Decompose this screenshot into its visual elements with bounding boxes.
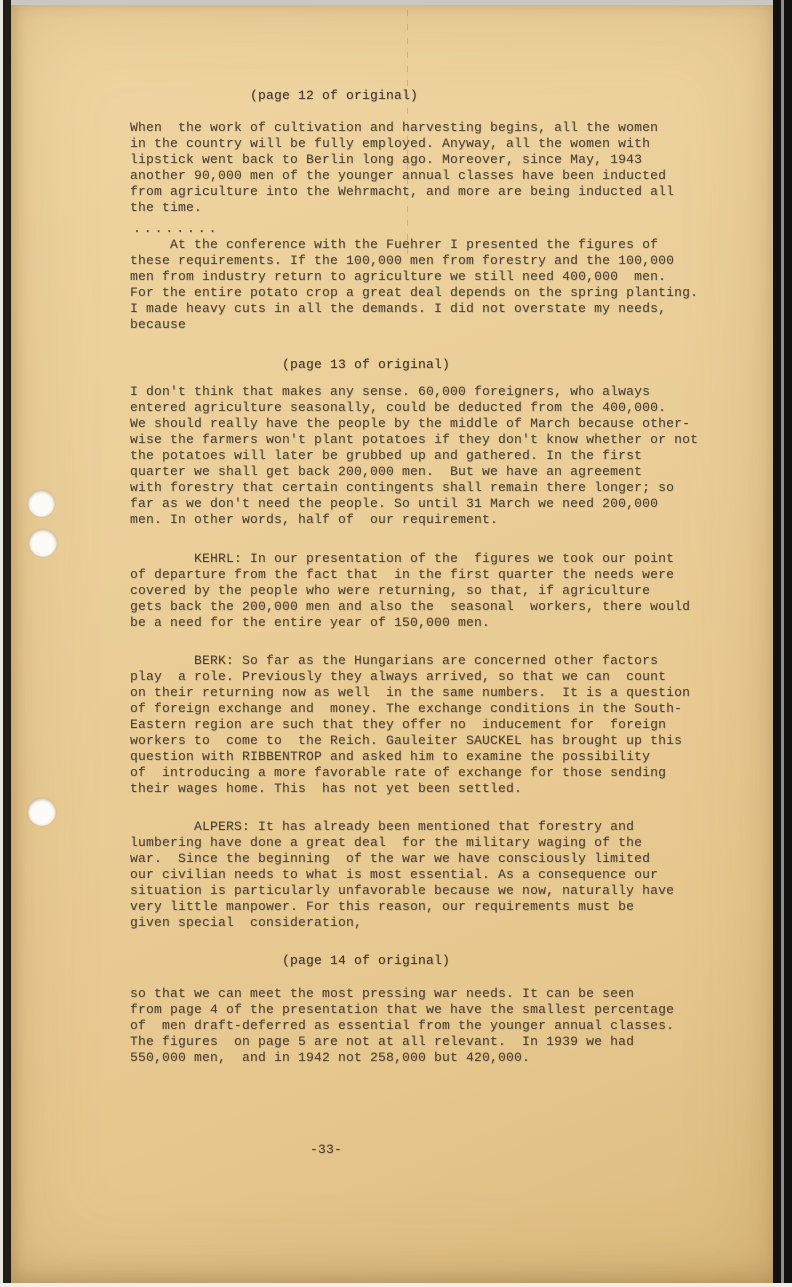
paragraph-alpers-statement: ALPERS: It has already been mentioned th… xyxy=(130,819,742,931)
scan-edge-left-shadow xyxy=(3,0,11,1287)
page-14-header: (page 14 of original) xyxy=(282,953,450,969)
paragraph-cultivation: When the work of cultivation and harvest… xyxy=(130,120,742,216)
scan-edge-right-line xyxy=(781,0,784,1287)
punch-hole-1 xyxy=(28,490,55,517)
page-13-header: (page 13 of original) xyxy=(282,357,450,373)
paragraph-objection: I don't think that makes any sense. 60,0… xyxy=(130,384,742,528)
punch-hole-3 xyxy=(28,798,56,826)
paragraph-kehrl-statement: KEHRL: In our presentation of the figure… xyxy=(130,551,742,631)
page-12-header: (page 12 of original) xyxy=(250,88,418,104)
punch-hole-2 xyxy=(29,529,57,557)
page-number: -33- xyxy=(310,1142,342,1158)
scan-edge-bottom xyxy=(0,1283,792,1287)
scanned-document-page: (page 12 of original) When the work of c… xyxy=(0,0,792,1287)
paragraph-war-needs: so that we can meet the most pressing wa… xyxy=(130,986,742,1066)
ellipsis-line: ........ xyxy=(133,221,219,237)
paragraph-conference: At the conference with the Fuehrer I pre… xyxy=(130,237,742,333)
paragraph-berk-statement: BERK: So far as the Hungarians are conce… xyxy=(130,653,742,797)
